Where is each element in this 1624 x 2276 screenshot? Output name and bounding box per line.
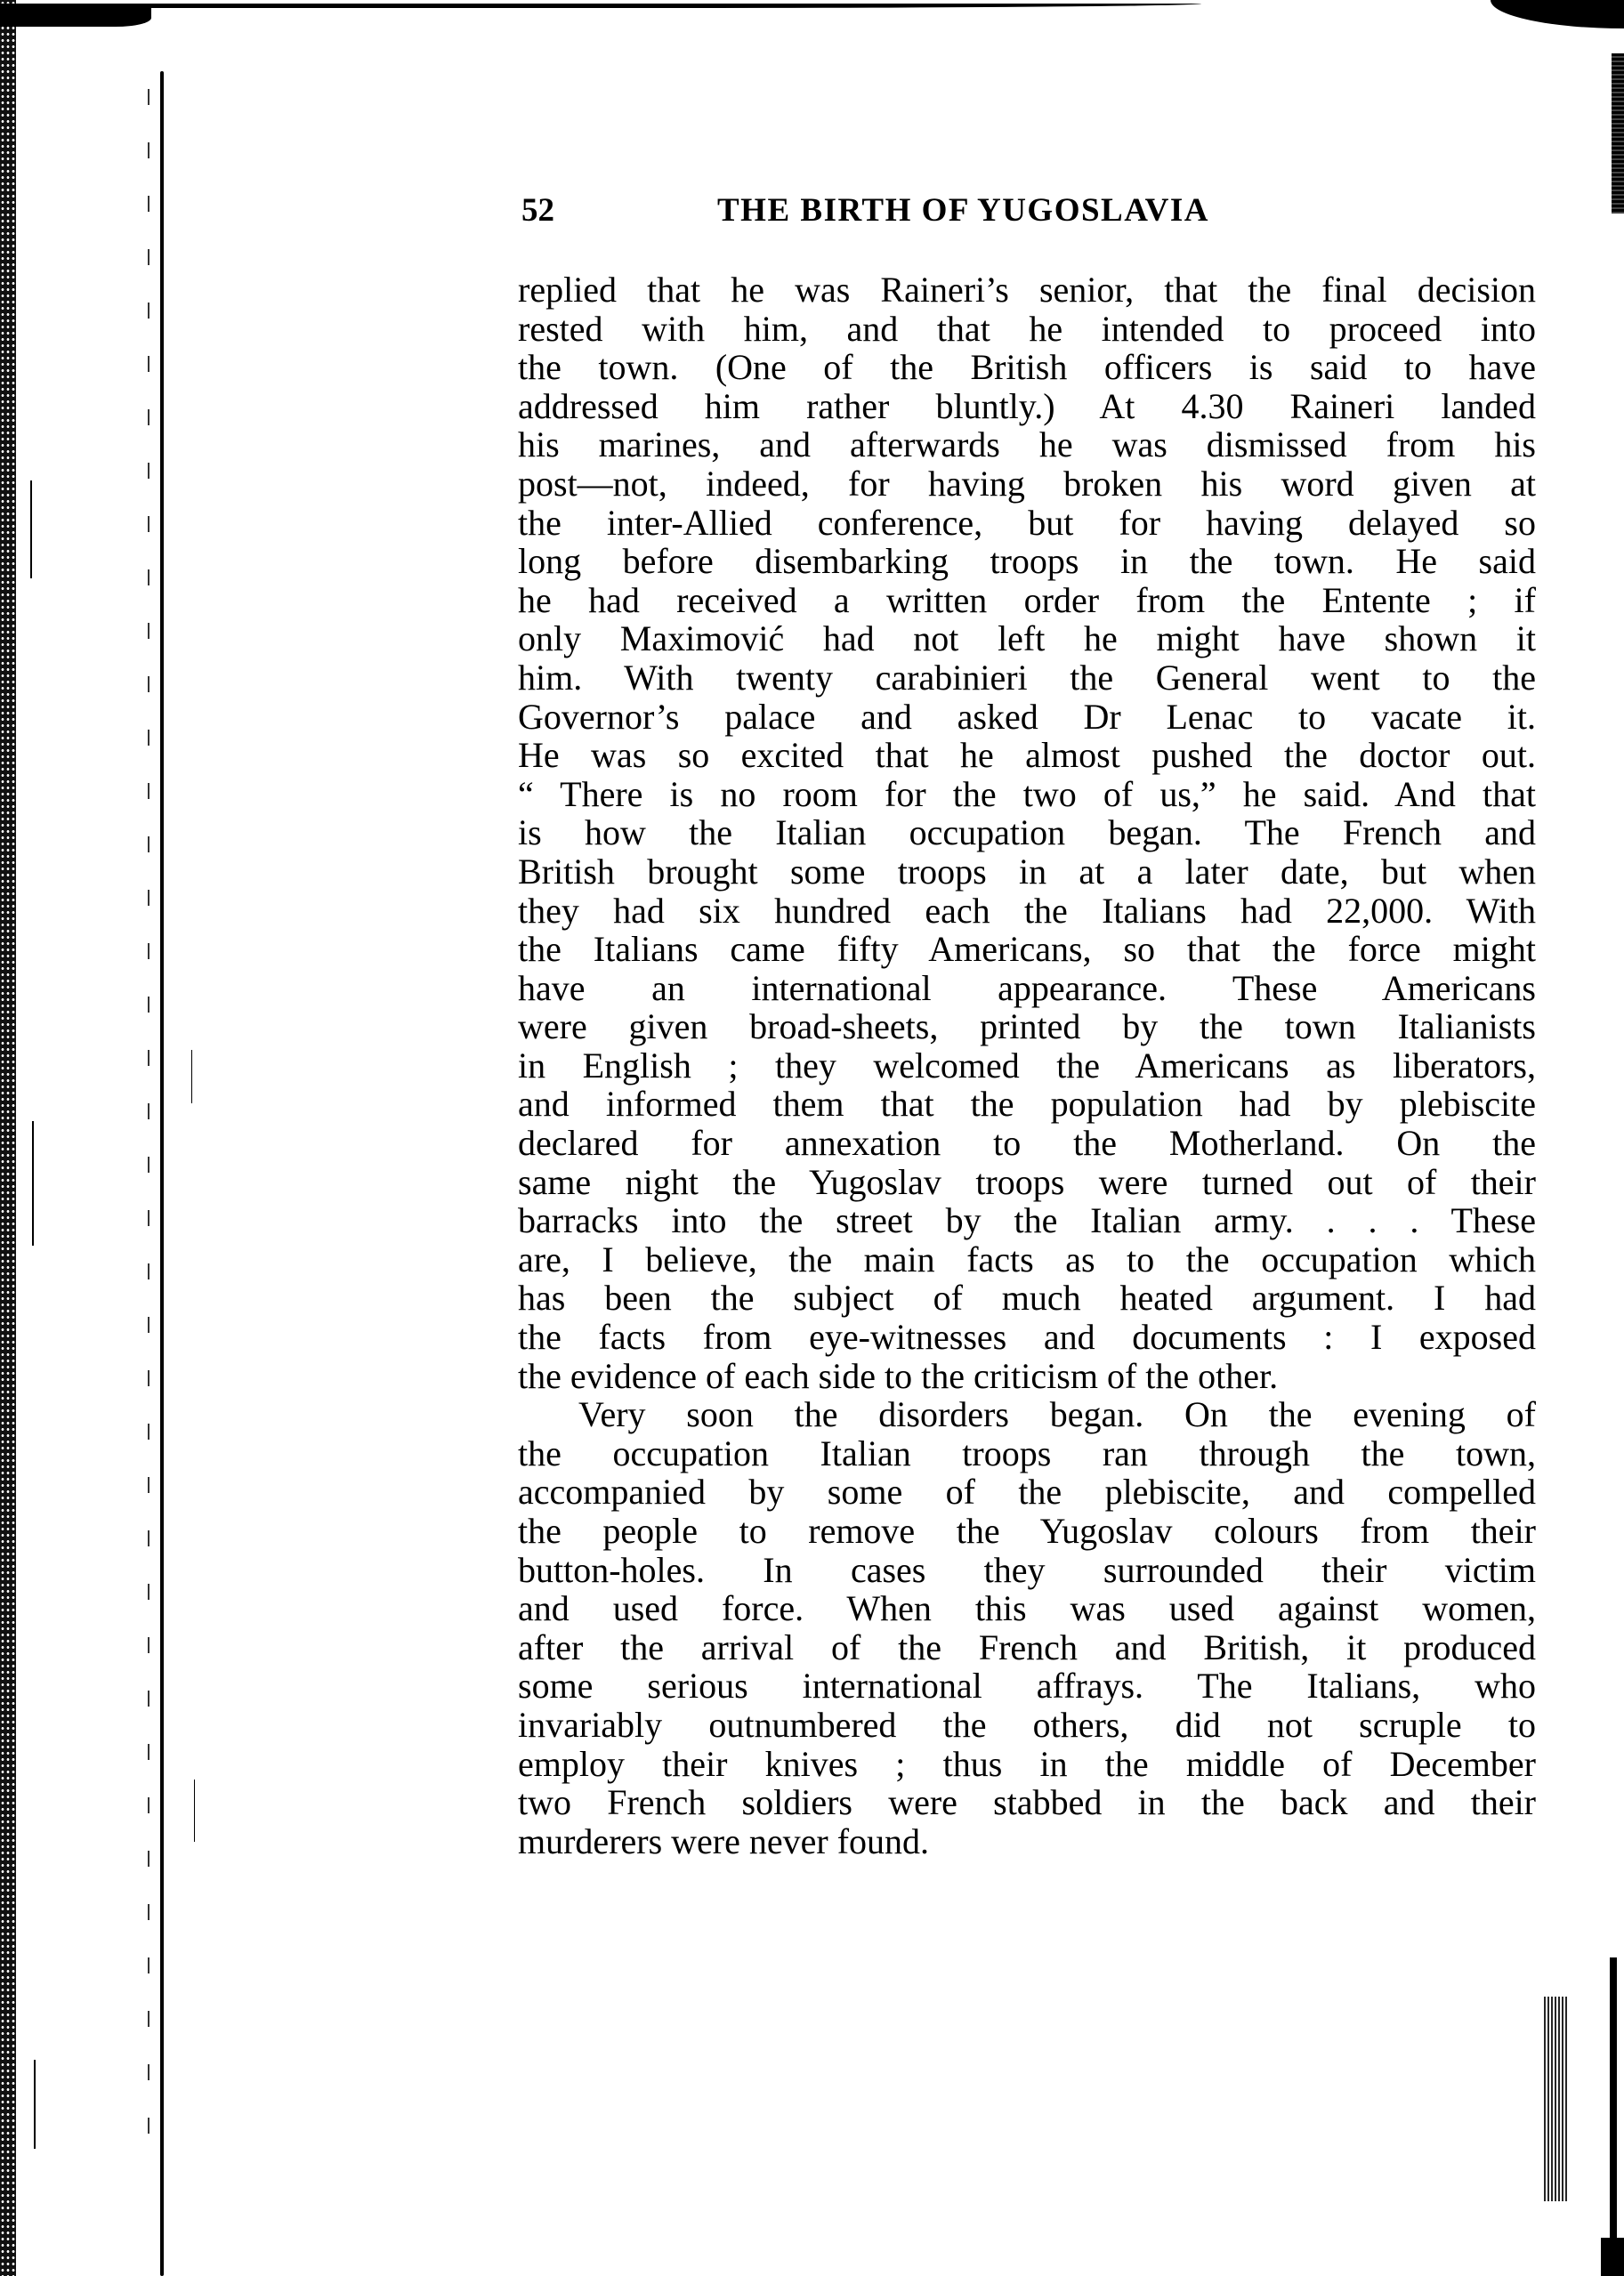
scan-edge-right (1612, 53, 1624, 214)
text-line: button-holes. In cases they surrounded t… (518, 1551, 1536, 1590)
text-line: and informed them that the population ha… (518, 1085, 1536, 1124)
text-line: invariably outnumbered the others, did n… (518, 1706, 1536, 1745)
running-title: THE BIRTH OF YUGOSLAVIA (717, 189, 1209, 233)
text-line: the Italians came fifty Americans, so th… (518, 930, 1536, 969)
text-line: declared for annexation to the Motherlan… (518, 1124, 1536, 1163)
text-line: has been the subject of much heated argu… (518, 1279, 1536, 1318)
text-line: after the arrival of the French and Brit… (518, 1628, 1536, 1667)
paragraph-1: replied that he was Raineri’s senior, th… (518, 270, 1536, 1395)
text-line: are, I believe, the main facts as to the… (518, 1240, 1536, 1279)
text-line: “ There is no room for the two of us,” h… (518, 775, 1536, 814)
text-line: two French soldiers were stabbed in the … (518, 1783, 1536, 1822)
text-line: addressed him rather bluntly.) At 4.30 R… (518, 387, 1536, 426)
text-line: the facts from eye-witnesses and documen… (518, 1318, 1536, 1357)
text-line: barracks into the street by the Italian … (518, 1201, 1536, 1240)
text-line: employ their knives ; thus in the middle… (518, 1745, 1536, 1784)
scan-edge-bottom-right (1610, 1957, 1617, 2251)
scan-shadow-top-left (0, 4, 151, 27)
text-line: the people to remove the Yugoslav colour… (518, 1512, 1536, 1551)
scan-smudge-bottom-right (1544, 1997, 1569, 2201)
scan-mark (34, 2060, 36, 2149)
scan-mark (32, 1121, 34, 1246)
text-line: is how the Italian occupation began. The… (518, 813, 1536, 852)
text-line: and used force. When this was used again… (518, 1589, 1536, 1628)
text-line: the inter-Allied conference, but for hav… (518, 504, 1536, 543)
scan-edge-left (0, 0, 16, 2276)
text-line: they had six hundred each the Italians h… (518, 892, 1536, 931)
text-line: long before disembarking troops in the t… (518, 542, 1536, 581)
text-line: murderers were never found. (518, 1822, 1536, 1861)
text-line: only Maximović had not left he might hav… (518, 619, 1536, 658)
text-line: he had received a written order from the… (518, 581, 1536, 620)
text-line: have an international appearance. These … (518, 969, 1536, 1008)
paragraph-2: Very soon the disorders began. On the ev… (518, 1395, 1536, 1860)
text-line: the occupation Italian troops ran throug… (518, 1434, 1536, 1473)
text-line: accompanied by some of the plebiscite, a… (518, 1473, 1536, 1512)
text-line: Very soon the disorders began. On the ev… (518, 1395, 1536, 1434)
text-line: in English ; they welcomed the Americans… (518, 1046, 1536, 1086)
scan-corner-bottom-right (1601, 2238, 1624, 2276)
text-line: post—not, indeed, for having broken his … (518, 464, 1536, 504)
text-line: the town. (One of the British officers i… (518, 348, 1536, 387)
text-line: He was so excited that he almost pushed … (518, 736, 1536, 775)
text-line: the evidence of each side to the critici… (518, 1357, 1536, 1396)
scan-mark (30, 480, 32, 578)
text-line: Governor’s palace and asked Dr Lenac to … (518, 698, 1536, 737)
scan-mark (191, 1050, 192, 1103)
text-line: same night the Yugoslav troops were turn… (518, 1163, 1536, 1202)
body-text: replied that he was Raineri’s senior, th… (518, 270, 1536, 1860)
text-line: his marines, and afterwards he was dismi… (518, 425, 1536, 464)
scan-edge-top (0, 0, 1624, 27)
text-line: were given broad-sheets, printed by the … (518, 1007, 1536, 1046)
text-line: rested with him, and that he intended to… (518, 310, 1536, 349)
book-gutter-faint-line (148, 89, 149, 2135)
scan-shadow-top (133, 4, 1201, 8)
running-head: 52 THE BIRTH OF YUGOSLAVIA (521, 189, 1340, 233)
text-line: some serious international affrays. The … (518, 1667, 1536, 1706)
text-line: British brought some troops in at a late… (518, 852, 1536, 892)
book-gutter-line (160, 71, 164, 2276)
text-line: replied that he was Raineri’s senior, th… (518, 270, 1536, 310)
scan-mark (194, 1780, 195, 1842)
text-line: him. With twenty carabinieri the General… (518, 658, 1536, 698)
page-number: 52 (521, 189, 554, 233)
